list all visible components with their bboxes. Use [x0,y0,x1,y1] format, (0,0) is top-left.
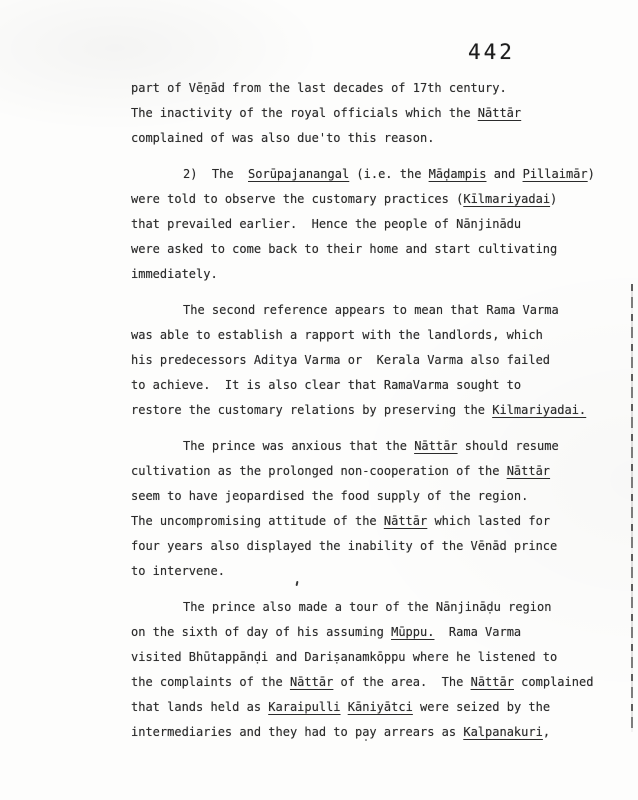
underlined-term: Kilmariyadai. [492,403,586,417]
paragraph: 2) The Sorūpajanangal (i.e. the Māḍampis… [131,162,621,287]
text-line: were asked to come back to their home an… [131,237,621,262]
underlined-term: Nāttār [507,464,550,478]
text-line: that lands held as Karaipulli Kāniyātci … [131,695,621,720]
text-segment: that prevailed earlier. Hence the people… [131,217,521,231]
text-line: The prince was anxious that the Nāttār s… [131,434,621,459]
text-segment: to achieve. It is also clear that RamaVa… [131,378,521,392]
text-line: The prince also made a tour of the Nānji… [131,595,621,620]
underlined-term: Karaipulli [268,700,340,714]
text-line: visited Bhūtappānḍi and Dariṣanamkōppu w… [131,645,621,670]
text-line: The uncompromising attitude of the Nāttā… [131,509,621,534]
text-segment [341,700,348,714]
text-segment: The second reference appears to mean tha… [183,303,559,317]
page-number: 442 [468,40,515,64]
text-segment: which lasted for [427,514,550,528]
underlined-term: Nāttār [384,514,427,528]
text-line: seem to have jeopardised the food supply… [131,484,621,509]
underlined-term: Māḍampis [429,167,487,181]
paragraph: The prince was anxious that the Nāttār s… [131,434,621,584]
text-segment: , [543,725,550,739]
underlined-term: Nāttār [471,675,514,689]
text-line: immediately. [131,262,621,287]
paragraph: The second reference appears to mean tha… [131,298,621,423]
underlined-term: Mūppu. [391,625,434,639]
text-segment: restore the customary relations by prese… [131,403,492,417]
underlined-term: Kalpanakuri [463,725,542,739]
text-segment: and [486,167,522,181]
document-body: part of Vēṉād from the last decades of 1… [131,76,621,756]
text-line: the complaints of the Nāttār of the area… [131,670,621,695]
text-segment: were seized by the [413,700,550,714]
underlined-term: Kīlmariyadai [463,192,550,206]
text-segment: 2) The [183,167,248,181]
text-segment: the complaints of the [131,675,290,689]
text-line: restore the customary relations by prese… [131,398,621,423]
text-line: 2) The Sorūpajanangal (i.e. the Māḍampis… [131,162,621,187]
text-segment: immediately. [131,267,218,281]
paragraph: The prince also made a tour of the Nānji… [131,595,621,745]
text-segment: his predecessors Aditya Varma or Kerala … [131,353,550,367]
paragraph: part of Vēṉād from the last decades of 1… [131,76,621,151]
text-segment: ) [550,192,557,206]
scan-artifact-edge-line [631,284,633,732]
text-segment: Rama Varma [434,625,521,639]
text-line: were told to observe the customary pract… [131,187,621,212]
text-segment: ) [588,167,595,181]
text-line: to achieve. It is also clear that RamaVa… [131,373,621,398]
underlined-term: Nāttār [290,675,333,689]
text-line: his predecessors Aditya Varma or Kerala … [131,348,621,373]
text-segment: complained [514,675,593,689]
text-segment: was able to establish a rapport with the… [131,328,543,342]
text-segment: four years also displayed the inability … [131,539,557,553]
text-segment: to intervene. [131,564,225,578]
text-segment: cultivation as the prolonged non-coopera… [131,464,507,478]
text-segment: were asked to come back to their home an… [131,242,557,256]
text-line: to intervene. [131,559,621,584]
text-line: complained of was also due'to this reaso… [131,126,621,151]
text-segment: complained of was also due'to this reaso… [131,131,434,145]
text-segment: The inactivity of the royal officials wh… [131,106,478,120]
text-segment: intermediaries and they had to pay arrea… [131,725,463,739]
underlined-term: Kāniyātci [348,700,413,714]
underlined-term: Pillaimār [523,167,588,181]
text-segment: seem to have jeopardised the food supply… [131,489,528,503]
text-segment: The uncompromising attitude of the [131,514,384,528]
scan-artifact-speck [365,739,367,741]
text-segment: (i.e. the [349,167,428,181]
text-line: The second reference appears to mean tha… [131,298,621,323]
text-segment: part of Vēṉād from the last decades of 1… [131,81,507,95]
text-segment: should resume [458,439,559,453]
text-line: part of Vēṉād from the last decades of 1… [131,76,621,101]
text-segment: that lands held as [131,700,268,714]
text-segment: were told to observe the customary pract… [131,192,463,206]
underlined-term: Nāttār [414,439,457,453]
underlined-term: Sorūpajanangal [248,167,349,181]
text-segment: of the area. The [333,675,470,689]
text-line: on the sixth of day of his assuming Mūpp… [131,620,621,645]
text-line: The inactivity of the royal officials wh… [131,101,621,126]
text-segment: The prince also made a tour of the Nānji… [183,600,551,614]
text-segment: The prince was anxious that the [183,439,414,453]
text-line: cultivation as the prolonged non-coopera… [131,459,621,484]
underlined-term: Nāttār [478,106,521,120]
text-line: that prevailed earlier. Hence the people… [131,212,621,237]
text-line: intermediaries and they had to pay arrea… [131,720,621,745]
text-segment: visited Bhūtappānḍi and Dariṣanamkōppu w… [131,650,557,664]
text-segment: on the sixth of day of his assuming [131,625,391,639]
text-line: four years also displayed the inability … [131,534,621,559]
text-line: was able to establish a rapport with the… [131,323,621,348]
